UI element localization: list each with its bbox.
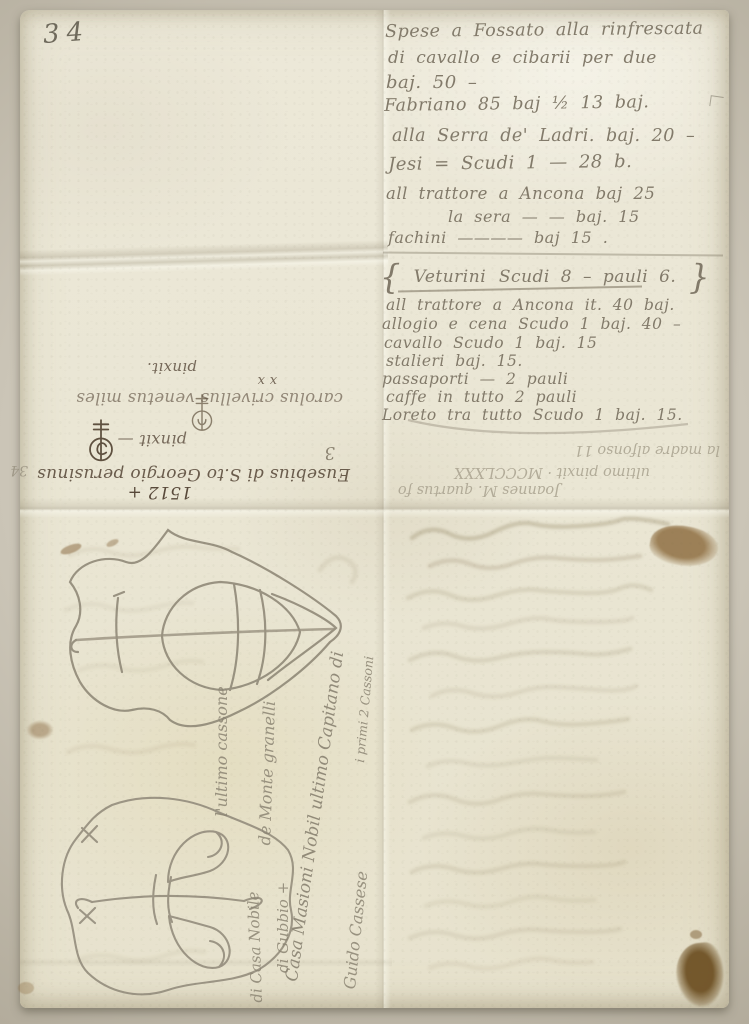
veturini-label: Veturini: [414, 267, 487, 287]
expense2-line-5: passaporti — 2 pauli: [382, 370, 568, 388]
attribution-block-inverted: 1512 + Eusebius di S.to Georgio perusinu…: [30, 352, 380, 504]
attribution-crivelli: carolus crivellus venetus miles: [76, 389, 343, 408]
note-casa-nobile: di Casa Nobile: [244, 891, 266, 1003]
expense-line-9: fachini ———— baj 15 .: [388, 228, 608, 247]
expense2-line-1: all trattore a Ancona it. 40 baj.: [386, 296, 675, 314]
attribution-double-x: x x: [257, 373, 277, 388]
expense-line-2: di cavallo e cibarii per due: [388, 48, 657, 68]
expense-line-7: all trattore a Ancona baj 25: [386, 184, 655, 203]
expense-line-1: Spese a Fossato alla rinfrescata: [385, 19, 704, 42]
folio-number-inverted: 34: [10, 462, 28, 478]
attribution-eusebius: Eusebius di S.to Georgio perusinus: [37, 464, 350, 484]
expense-line-4: Fabriano 85 baj ½ 13 baj.: [384, 92, 650, 116]
attribution-year: 1512 +: [127, 482, 192, 502]
expense2-line-2: allogio e cena Scudo 1 baj. 40 –: [382, 315, 681, 333]
veturini-amount: Scudi 8 – pauli 6.: [499, 267, 676, 287]
faint-inverted-note: Joannes M. quartus fo ultimo pinxit · MC…: [390, 436, 720, 500]
faint-note-line-2: ultimo pinxit · MCCCLXXX: [454, 464, 650, 480]
close-brace: }: [689, 257, 710, 297]
folio-number: 34: [42, 17, 91, 50]
expense2-line-3: cavallo Scudo 1 baj. 15: [384, 334, 597, 352]
paper-sheet: 34 Spese a Fossato alla rinfrescata di c…: [20, 10, 729, 1008]
folio-number-inverted-small: 3: [323, 442, 336, 463]
upper-shield-sketch: [70, 530, 341, 726]
expense2-line-6: caffe in tutto 2 pauli: [386, 388, 577, 406]
expense-line-5: alla Serra de' Ladri. baj. 20 –: [392, 126, 695, 146]
attribution-pinxit-small: pinxit.: [147, 359, 197, 377]
faint-note-line-3: la madre alfonso 11: [574, 442, 720, 458]
manuscript-scan: 34 Spese a Fossato alla rinfrescata di c…: [0, 0, 749, 1024]
expense2-line-4: stalieri baj. 15.: [386, 352, 523, 370]
fleur-de-lis-sketch: [76, 826, 262, 968]
artist-monogram-icon: [85, 417, 117, 463]
expense-line-3: baj. 50 –: [386, 72, 477, 93]
faint-note-line-1: Joannes M. quartus fo: [398, 482, 560, 498]
note-ultimo-cassone: l'ultimo cassone: [212, 686, 231, 817]
expense-line-6: Jesi = Scudi 1 — 28 b.: [388, 151, 632, 175]
attribution-pinxit-dash: pinxit —: [117, 431, 187, 450]
expense-line-8: la sera — — baj. 15: [448, 207, 640, 226]
